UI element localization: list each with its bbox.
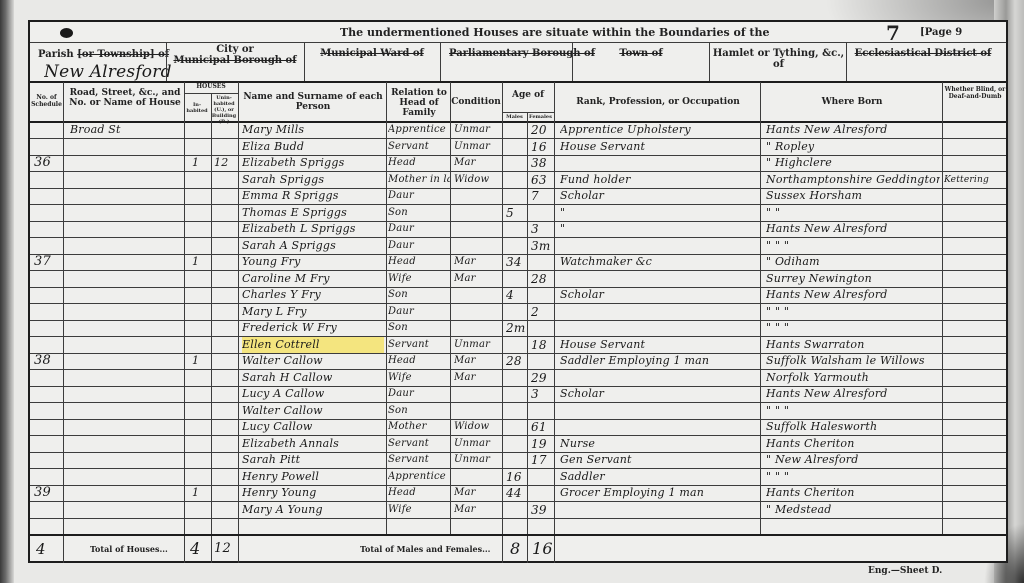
parish-value: New Alresford (44, 62, 172, 82)
relation-cell: Wife (388, 502, 450, 518)
condition-cell: Widow (454, 172, 502, 188)
condition-cell: Unmar (454, 122, 502, 138)
col-age: Age of (502, 90, 554, 101)
where-born-cell: " " " (766, 320, 940, 336)
condition-cell: Mar (454, 254, 502, 270)
male-age-cell (506, 238, 526, 254)
where-born-cell: Hants Cheriton (766, 436, 940, 452)
table-row: 36 1 12 Elizabeth Spriggs Head Mar 38 " … (30, 155, 1006, 171)
table-row: Ellen Cottrell Servant Unmar 18 House Se… (30, 337, 1006, 353)
blind-cell: Kettering (944, 172, 1004, 188)
schedule-cell: 36 (34, 155, 62, 171)
blind-cell (944, 419, 1004, 435)
name-cell: Sarah A Spriggs (242, 238, 384, 254)
table-row: Walter Callow Son " " " (30, 403, 1006, 419)
road-cell: Broad St (70, 122, 182, 138)
female-age-cell: 61 (531, 419, 553, 435)
female-age-cell: 17 (531, 452, 553, 468)
blind-cell (944, 320, 1004, 336)
name-cell: Elizabeth Annals (242, 436, 384, 452)
uninhabited-cell (214, 172, 236, 188)
condition-cell: Mar (454, 502, 502, 518)
punch-hole-icon (60, 28, 73, 38)
uninhabited-cell (214, 502, 236, 518)
relation-cell (388, 518, 450, 534)
male-age-cell (506, 518, 526, 534)
male-age-cell (506, 337, 526, 353)
female-age-cell (531, 485, 553, 501)
table-row: Eliza Budd Servant Unmar 16 House Servan… (30, 139, 1006, 155)
name-cell: Charles Y Fry (242, 287, 384, 303)
blind-cell (944, 403, 1004, 419)
female-age-cell: 19 (531, 436, 553, 452)
occupation-cell (560, 502, 758, 518)
schedule-cell (34, 287, 62, 303)
inhabited-cell (192, 221, 210, 237)
occupation-cell: Saddler (560, 469, 758, 485)
male-age-cell: 44 (506, 485, 526, 501)
male-age-cell (506, 436, 526, 452)
where-born-cell: " " " (766, 304, 940, 320)
divider (440, 42, 441, 82)
female-age-cell: 3m (531, 238, 553, 254)
relation-cell: Daur (388, 304, 450, 320)
inhabited-cell (192, 122, 210, 138)
blind-cell (944, 370, 1004, 386)
schedule-cell (34, 403, 62, 419)
road-cell (70, 485, 182, 501)
inhabited-cell: 1 (192, 353, 210, 369)
blind-cell (944, 287, 1004, 303)
female-age-cell: 38 (531, 155, 553, 171)
condition-cell: Widow (454, 419, 502, 435)
blind-cell (944, 139, 1004, 155)
inhabited-cell (192, 139, 210, 155)
name-cell: Henry Powell (242, 469, 384, 485)
table-row: Sarah Pitt Servant Unmar 17 Gen Servant … (30, 452, 1006, 468)
male-age-cell (506, 172, 526, 188)
occupation-cell: Scholar (560, 287, 758, 303)
occupation-cell (560, 419, 758, 435)
inhabited-cell (192, 518, 210, 534)
relation-cell: Son (388, 403, 450, 419)
occupation-cell: Saddler Employing 1 man (560, 353, 758, 369)
road-cell (70, 304, 182, 320)
table-row: 37 1 Young Fry Head Mar 34 Watchmaker &c… (30, 254, 1006, 270)
col-name: Name and Surname of each Person (240, 92, 386, 112)
name-cell: Ellen Cottrell (242, 337, 384, 353)
blind-cell (944, 205, 1004, 221)
schedule-cell (34, 122, 62, 138)
female-age-cell: 28 (531, 271, 553, 287)
uninhabited-cell (214, 469, 236, 485)
name-cell: Thomas E Spriggs (242, 205, 384, 221)
road-cell (70, 436, 182, 452)
road-cell (70, 238, 182, 254)
blind-cell (944, 188, 1004, 204)
schedule-cell (34, 452, 62, 468)
blind-cell (944, 238, 1004, 254)
inhabited-cell (192, 172, 210, 188)
road-cell (70, 188, 182, 204)
relation-cell: Daur (388, 386, 450, 402)
road-cell (70, 353, 182, 369)
relation-cell: Wife (388, 370, 450, 386)
inhabited-cell (192, 287, 210, 303)
table-row: Mary L Fry Daur 2 " " " (30, 304, 1006, 320)
uninhabited-cell (214, 386, 236, 402)
condition-cell (454, 518, 502, 534)
occupation-cell (560, 403, 758, 419)
road-cell (70, 287, 182, 303)
schedule-cell (34, 502, 62, 518)
where-born-cell: " " " (766, 403, 940, 419)
inhabited-cell (192, 337, 210, 353)
uninhabited-cell (214, 205, 236, 221)
male-age-cell (506, 155, 526, 171)
uninhabited-cell (214, 452, 236, 468)
relation-cell: Apprentice (388, 122, 450, 138)
condition-cell (454, 188, 502, 204)
name-cell: Henry Young (242, 485, 384, 501)
condition-cell: Mar (454, 271, 502, 287)
uninhabited-cell (214, 221, 236, 237)
divider (502, 112, 554, 113)
occupation-cell (560, 155, 758, 171)
female-age-cell (531, 469, 553, 485)
relation-cell: Son (388, 287, 450, 303)
road-cell (70, 452, 182, 468)
inhabited-cell (192, 436, 210, 452)
condition-cell (454, 205, 502, 221)
divider (30, 42, 1006, 43)
female-age-cell (531, 254, 553, 270)
name-cell: Emma R Spriggs (242, 188, 384, 204)
col-schedule: No. of Schedule (30, 94, 63, 108)
road-cell (70, 502, 182, 518)
schedule-cell (34, 139, 62, 155)
condition-cell: Unmar (454, 139, 502, 155)
uninhabited-cell (214, 271, 236, 287)
col-males: Males (502, 114, 527, 120)
road-cell (70, 419, 182, 435)
name-cell (242, 518, 384, 534)
uninhabited-cell (214, 238, 236, 254)
schedule-cell (34, 436, 62, 452)
blind-cell (944, 337, 1004, 353)
male-age-cell (506, 419, 526, 435)
schedule-cell: 37 (34, 254, 62, 270)
male-age-cell (506, 502, 526, 518)
uninhabited-cell (214, 122, 236, 138)
where-born-cell: " Odiham (766, 254, 940, 270)
occupation-cell (560, 304, 758, 320)
uninhabited-cell (214, 485, 236, 501)
occupation-cell: Fund holder (560, 172, 758, 188)
inhabited-cell: 1 (192, 254, 210, 270)
condition-cell (454, 469, 502, 485)
where-born-cell (766, 518, 940, 534)
name-cell: Lucy A Callow (242, 386, 384, 402)
occupation-cell (560, 518, 758, 534)
blind-cell (944, 271, 1004, 287)
table-row: Charles Y Fry Son 4 Scholar Hants New Al… (30, 287, 1006, 303)
road-cell (70, 370, 182, 386)
road-cell (70, 271, 182, 287)
name-cell: Elizabeth Spriggs (242, 155, 384, 171)
inhabited-cell: 1 (192, 155, 210, 171)
uninhabited-cell (214, 337, 236, 353)
condition-cell: Unmar (454, 452, 502, 468)
ecclesiastical-label: Ecclesiastical District of (848, 48, 998, 59)
table-row: Frederick W Fry Son 2m " " " (30, 320, 1006, 336)
relation-cell: Servant (388, 436, 450, 452)
occupation-cell: Gen Servant (560, 452, 758, 468)
where-born-cell: " New Alresford (766, 452, 940, 468)
female-age-cell (531, 403, 553, 419)
total-uninhabited: 12 (214, 541, 231, 556)
relation-cell: Daur (388, 238, 450, 254)
condition-cell (454, 304, 502, 320)
col-houses: HOUSES (184, 84, 238, 90)
occupation-cell: Apprentice Upholstery (560, 122, 758, 138)
relation-cell: Servant (388, 139, 450, 155)
name-cell: Sarah Pitt (242, 452, 384, 468)
schedule-cell: 39 (34, 485, 62, 501)
where-born-cell: Hants New Alresford (766, 287, 940, 303)
hamlet-label: Hamlet or Tything, &c., of (711, 48, 846, 70)
condition-cell (454, 287, 502, 303)
female-age-cell: 16 (531, 139, 553, 155)
total-houses-label: Total of Houses... (90, 544, 168, 554)
form-banner: The undermentioned Houses are situate wi… (340, 26, 769, 39)
blind-cell (944, 155, 1004, 171)
male-age-cell: 16 (506, 469, 526, 485)
col-inhabited: In-habited (184, 102, 210, 114)
inhabited-cell (192, 452, 210, 468)
condition-cell: Unmar (454, 337, 502, 353)
male-age-cell: 2m (506, 320, 526, 336)
condition-cell (454, 320, 502, 336)
where-born-cell: Surrey Newington (766, 271, 940, 287)
table-row: Henry Powell Apprentice 16 Saddler " " " (30, 469, 1006, 485)
condition-cell (454, 403, 502, 419)
inhabited-cell (192, 386, 210, 402)
inhabited-cell (192, 469, 210, 485)
uninhabited-cell (214, 403, 236, 419)
male-age-cell (506, 188, 526, 204)
female-age-cell (531, 518, 553, 534)
uninhabited-cell (214, 370, 236, 386)
relation-cell: Daur (388, 188, 450, 204)
table-row (30, 518, 1006, 534)
table-row: Sarah Spriggs Mother in law Widow 63 Fun… (30, 172, 1006, 188)
where-born-cell: Suffolk Walsham le Willows (766, 353, 940, 369)
inhabited-cell (192, 271, 210, 287)
relation-cell: Head (388, 485, 450, 501)
schedule-cell (34, 205, 62, 221)
page-number: [Page 9 (920, 27, 962, 38)
relation-cell: Head (388, 155, 450, 171)
name-cell: Young Fry (242, 254, 384, 270)
table-row: Sarah H Callow Wife Mar 29 Norfolk Yarmo… (30, 370, 1006, 386)
inhabited-cell (192, 419, 210, 435)
where-born-cell: Hants New Alresford (766, 221, 940, 237)
male-age-cell (506, 271, 526, 287)
total-schedules: 4 (36, 540, 46, 558)
male-age-cell: 4 (506, 287, 526, 303)
schedule-cell (34, 370, 62, 386)
table-row: Sarah A Spriggs Daur 3m " " " (30, 238, 1006, 254)
inhabited-cell (192, 502, 210, 518)
name-cell: Sarah H Callow (242, 370, 384, 386)
schedule-cell (34, 386, 62, 402)
female-age-cell: 2 (531, 304, 553, 320)
relation-cell: Apprentice (388, 469, 450, 485)
where-born-cell: Hants Cheriton (766, 485, 940, 501)
divider (304, 42, 305, 82)
where-born-cell: " " " (766, 469, 940, 485)
divider (709, 42, 710, 82)
name-cell: Mary A Young (242, 502, 384, 518)
road-cell (70, 403, 182, 419)
uninhabited-cell (214, 436, 236, 452)
divider (166, 42, 167, 82)
uninhabited-cell (214, 188, 236, 204)
relation-cell: Head (388, 353, 450, 369)
where-born-cell: " Highclere (766, 155, 940, 171)
blind-cell (944, 254, 1004, 270)
occupation-cell (560, 271, 758, 287)
female-age-cell: 18 (531, 337, 553, 353)
male-age-cell (506, 304, 526, 320)
ward-label: Municipal Ward of (306, 48, 438, 59)
blind-cell (944, 502, 1004, 518)
road-cell (70, 386, 182, 402)
condition-cell: Unmar (454, 436, 502, 452)
male-age-cell (506, 139, 526, 155)
col-condition: Condition (450, 97, 502, 108)
blind-cell (944, 353, 1004, 369)
col-occupation: Rank, Profession, or Occupation (556, 97, 760, 108)
inhabited-cell (192, 205, 210, 221)
sheet-code: Eng.—Sheet D. (868, 566, 942, 576)
schedule-cell: 38 (34, 353, 62, 369)
male-age-cell (506, 221, 526, 237)
blind-cell (944, 221, 1004, 237)
name-cell: Frederick W Fry (242, 320, 384, 336)
name-cell: Sarah Spriggs (242, 172, 384, 188)
name-cell: Lucy Callow (242, 419, 384, 435)
schedule-cell (34, 469, 62, 485)
female-age-cell: 3 (531, 386, 553, 402)
inhabited-cell (192, 304, 210, 320)
divider (846, 42, 847, 82)
male-age-cell (506, 386, 526, 402)
col-females: Females (527, 114, 554, 120)
inhabited-cell (192, 370, 210, 386)
uninhabited-cell: 12 (214, 155, 236, 171)
where-born-cell: " " " (766, 238, 940, 254)
blind-cell (944, 469, 1004, 485)
table-row: Thomas E Spriggs Son 5 " " " (30, 205, 1006, 221)
blind-cell (944, 386, 1004, 402)
col-relation: Relation to Head of Family (388, 88, 450, 118)
condition-cell: Mar (454, 370, 502, 386)
occupation-cell (560, 370, 758, 386)
road-cell (70, 337, 182, 353)
male-age-cell (506, 452, 526, 468)
divider (30, 81, 1006, 83)
table-row: Emma R Spriggs Daur 7 Scholar Sussex Hor… (30, 188, 1006, 204)
col-where-born: Where Born (762, 97, 942, 108)
scan-edge-left (0, 0, 14, 583)
city-label: City orMunicipal Borough of (168, 44, 302, 66)
table-row: Caroline M Fry Wife Mar 28 Surrey Newing… (30, 271, 1006, 287)
table-row: Mary A Young Wife Mar 39 " Medstead (30, 502, 1006, 518)
schedule-cell (34, 172, 62, 188)
town-label: Town of (574, 48, 708, 59)
total-males: 8 (510, 539, 520, 558)
occupation-cell: House Servant (560, 337, 758, 353)
occupation-cell: " (560, 221, 758, 237)
schedule-cell (34, 221, 62, 237)
blind-cell (944, 304, 1004, 320)
road-cell (70, 139, 182, 155)
uninhabited-cell (214, 254, 236, 270)
female-age-cell (531, 353, 553, 369)
uninhabited-cell (214, 419, 236, 435)
where-born-cell: Suffolk Halesworth (766, 419, 940, 435)
condition-cell (454, 386, 502, 402)
inhabited-cell (192, 403, 210, 419)
female-age-cell: 20 (531, 122, 553, 138)
male-age-cell: 5 (506, 205, 526, 221)
where-born-cell: Norfolk Yarmouth (766, 370, 940, 386)
relation-cell: Mother (388, 419, 450, 435)
where-born-cell: Sussex Horsham (766, 188, 940, 204)
female-age-cell: 29 (531, 370, 553, 386)
female-age-cell (531, 287, 553, 303)
where-born-cell: Northamptonshire Geddington (766, 172, 940, 188)
where-born-cell: " Medstead (766, 502, 940, 518)
condition-cell: Mar (454, 155, 502, 171)
table-row: Lucy Callow Mother Widow 61 Suffolk Hale… (30, 419, 1006, 435)
occupation-cell (560, 320, 758, 336)
female-age-cell (531, 205, 553, 221)
relation-cell: Son (388, 205, 450, 221)
schedule-cell (34, 188, 62, 204)
parish-label: Parish [or Township] of (38, 49, 169, 60)
schedule-cell (34, 304, 62, 320)
blind-cell (944, 122, 1004, 138)
male-age-cell (506, 122, 526, 138)
col-road: Road, Street, &c., and No. or Name of Ho… (66, 88, 184, 108)
female-age-cell (531, 320, 553, 336)
male-age-cell: 34 (506, 254, 526, 270)
road-cell (70, 221, 182, 237)
road-cell (70, 254, 182, 270)
relation-cell: Daur (388, 221, 450, 237)
relation-cell: Head (388, 254, 450, 270)
where-born-cell: Hants New Alresford (766, 122, 940, 138)
occupation-cell: Grocer Employing 1 man (560, 485, 758, 501)
divider (572, 42, 573, 82)
blind-cell (944, 436, 1004, 452)
occupation-cell: Scholar (560, 386, 758, 402)
road-cell (70, 205, 182, 221)
blind-cell (944, 485, 1004, 501)
